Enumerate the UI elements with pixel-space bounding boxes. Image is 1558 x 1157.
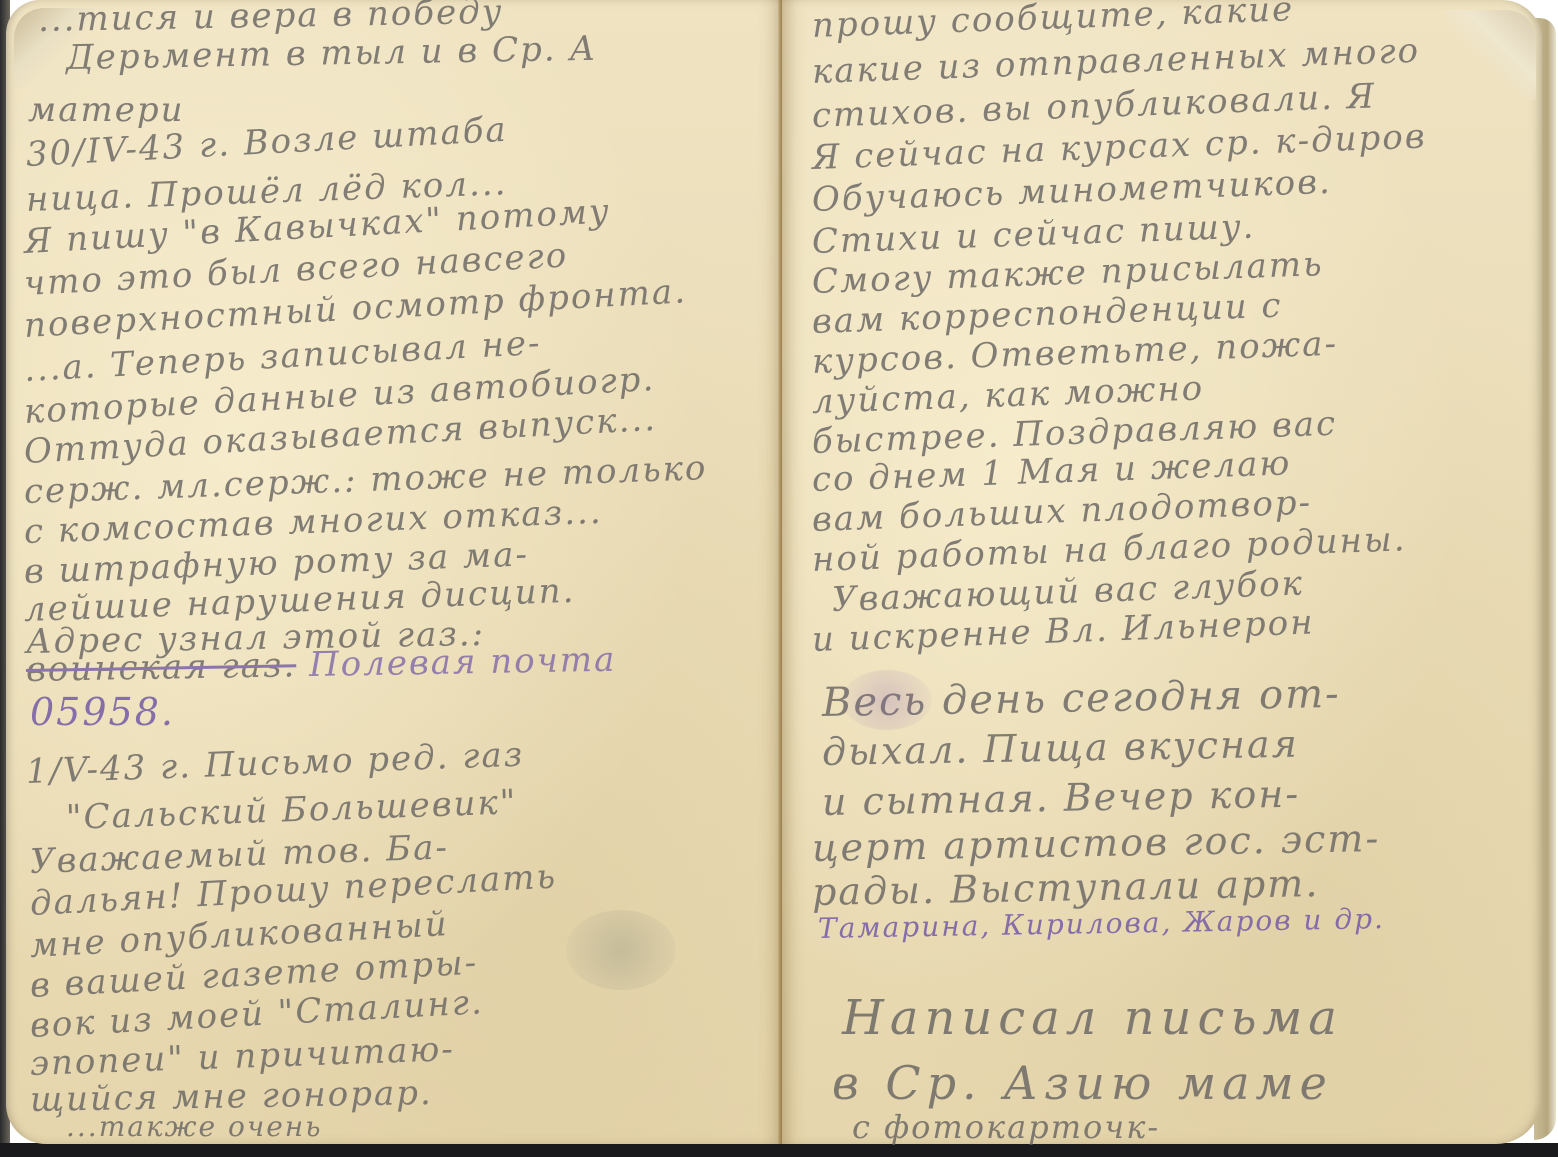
handwritten-line: матери	[28, 90, 184, 130]
dog-ear-corner	[1446, 10, 1536, 100]
field-post-number: 05958.	[30, 690, 175, 734]
left-page: ...тися и вера в победу Дерьмент в тыл и…	[6, 0, 782, 1144]
handwritten-line: с фотокарточк-	[852, 1108, 1160, 1146]
handwritten-line: Дерьмент в тыл и в Ср. А	[66, 29, 598, 78]
ink-smudge	[566, 910, 676, 990]
purple-ink-text: Полевая почта	[309, 640, 617, 685]
open-notebook: ...тися и вера в победу Дерьмент в тыл и…	[6, 0, 1551, 1148]
handwritten-line: ...также очень	[66, 1110, 323, 1143]
handwritten-line: "Сальский Большевик"	[65, 782, 518, 838]
handwritten-line: Написал письма	[842, 990, 1343, 1046]
right-page: прошу сообщите, какие какие из отправлен…	[782, 0, 1542, 1144]
handwritten-line: дыхал. Пища вкусная	[822, 722, 1300, 774]
diary-entry-date: 1/V-43 г. Письмо ред. газ	[25, 735, 525, 792]
handwritten-line: и сытная. Вечер кон-	[822, 772, 1301, 824]
handwritten-line: в Ср. Азию маме	[832, 1056, 1333, 1110]
struck-text: воинская газ.	[26, 645, 297, 690]
diary-entry-start: Весь день сегодня от-	[822, 671, 1341, 726]
